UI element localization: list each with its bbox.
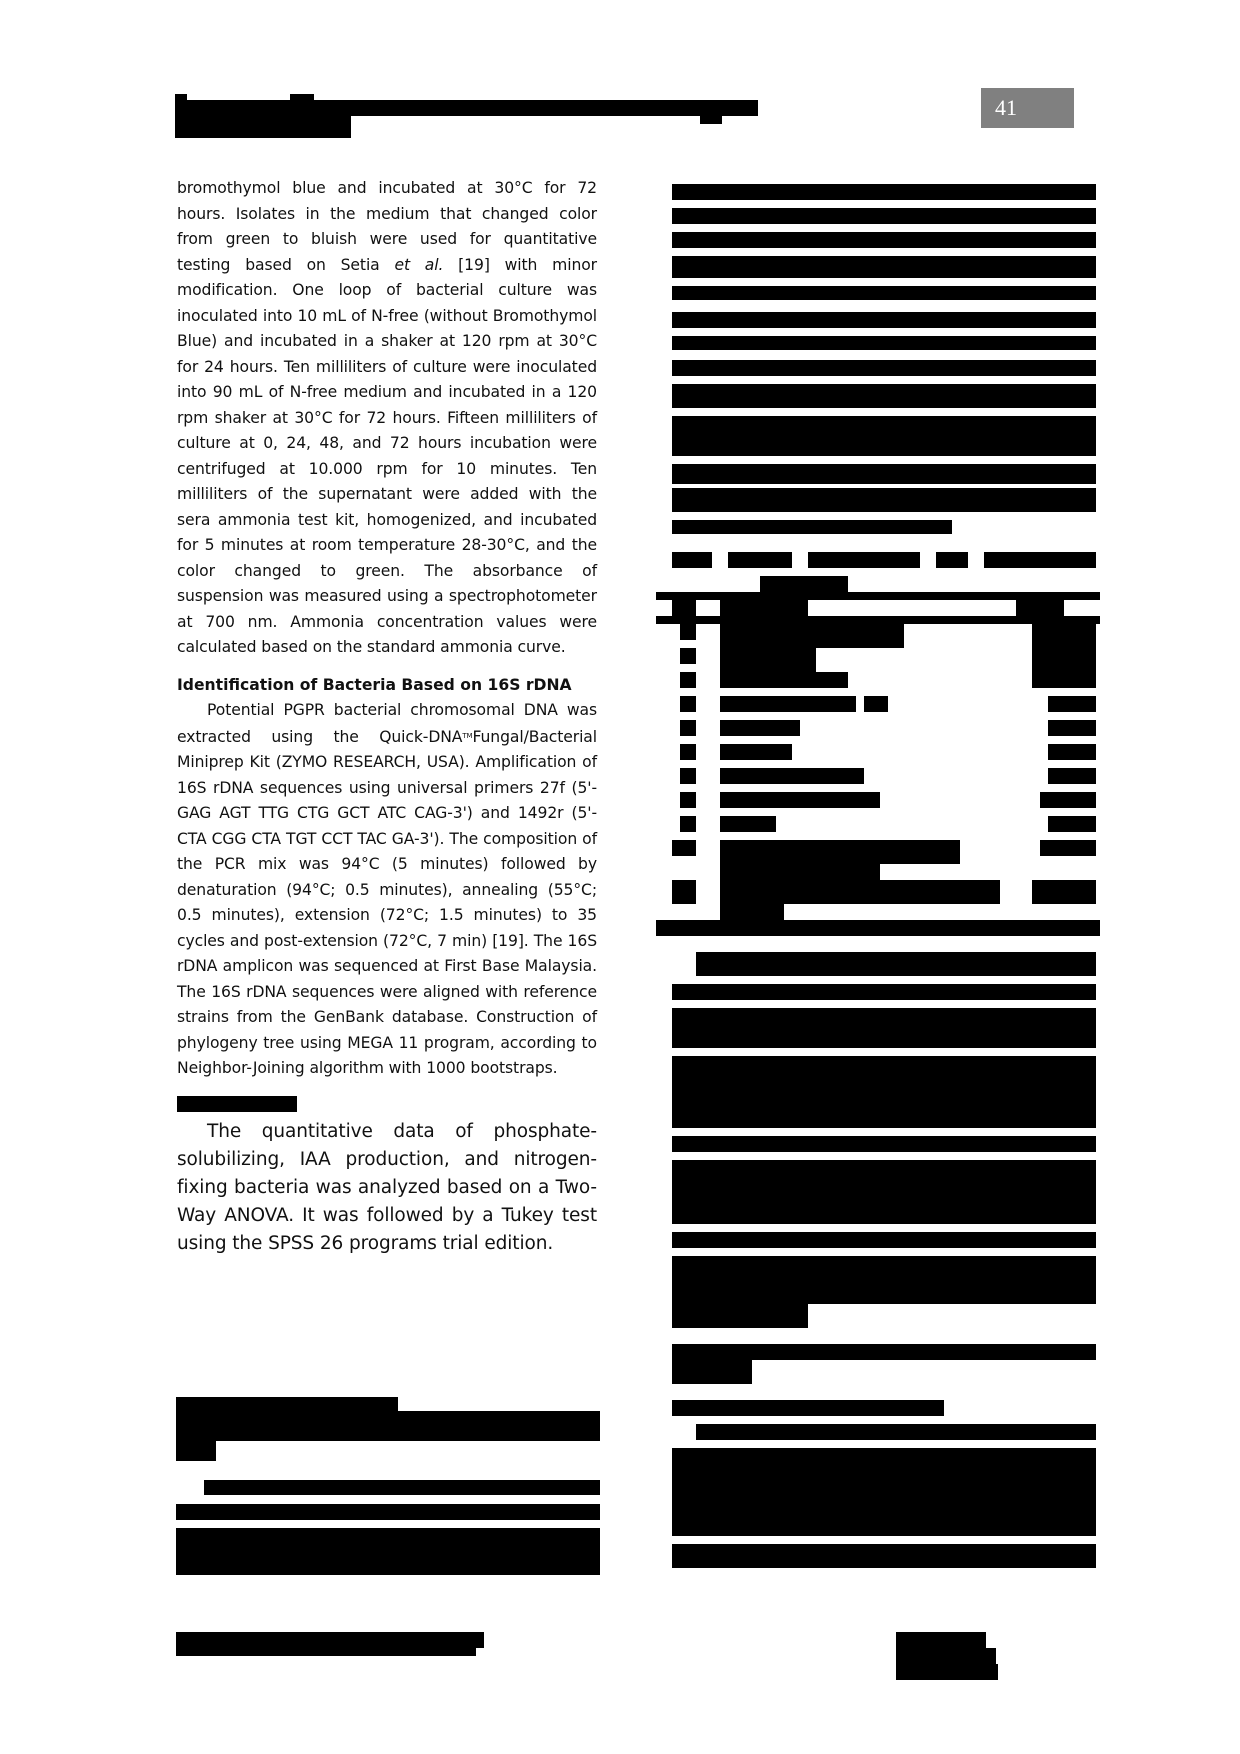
redacted-footer-left — [176, 1632, 484, 1648]
table-bottom-rule — [656, 920, 1100, 936]
redacted-running-title — [175, 94, 187, 100]
redacted-running-title — [175, 116, 351, 138]
redacted-running-title — [700, 116, 722, 124]
table-header-rule — [656, 616, 1100, 624]
left-column: bromothymol blue and incubated at 30°C f… — [177, 176, 597, 1258]
redacted-running-title — [175, 100, 758, 116]
redacted-section-heading — [177, 1096, 297, 1112]
redacted-footer-right — [896, 1648, 996, 1664]
paragraph-16s-method: Potential PGPR bacterial chromosomal DNA… — [177, 698, 597, 1082]
page-number: 41 — [981, 88, 1074, 128]
table-top-rule — [656, 592, 1100, 600]
redacted-footer-left — [176, 1648, 476, 1656]
paragraph-statistics: The quantitative data of phosphate-solub… — [177, 1118, 597, 1258]
redacted-footer-right — [896, 1632, 986, 1648]
paragraph-ammonia-method: bromothymol blue and incubated at 30°C f… — [177, 176, 597, 661]
redacted-footer-right — [896, 1664, 998, 1680]
section-heading-16s: Identification of Bacteria Based on 16S … — [177, 673, 597, 699]
redacted-running-title — [290, 94, 314, 100]
